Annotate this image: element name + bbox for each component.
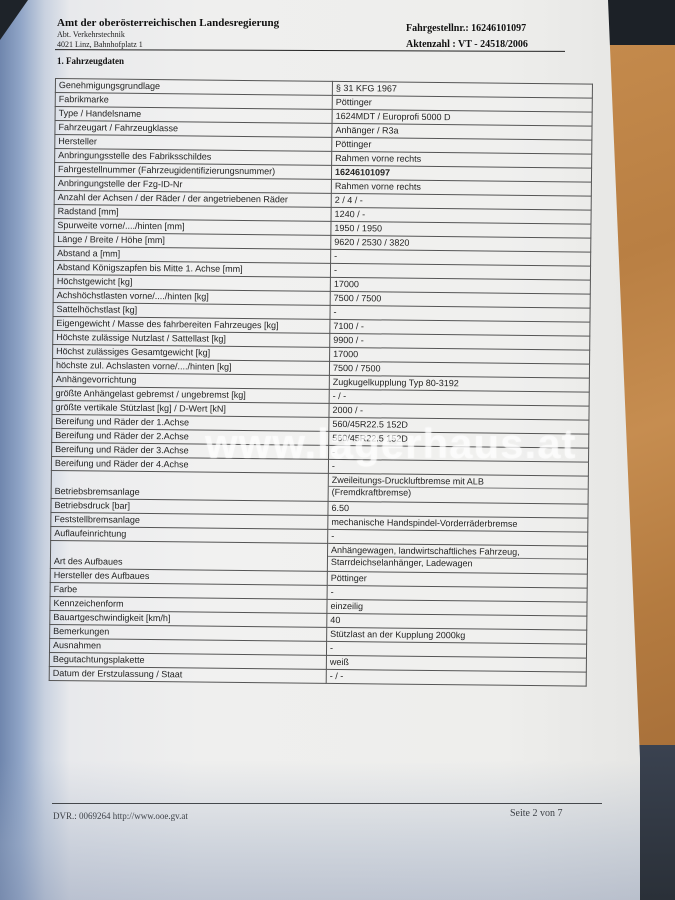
row-value-line: -: [334, 265, 587, 279]
row-value-line: Anhänger / R3a: [335, 125, 588, 139]
footer-dvr: DVR.: 0069264 http://www.ooe.gv.at: [53, 811, 188, 821]
section-title: 1. Fahrzeugdaten: [57, 56, 124, 66]
row-value-line: 7500 / 7500: [334, 293, 587, 307]
row-value-line: mechanische Handspindel-Vorderräderbrems…: [331, 517, 584, 531]
vehicle-data-table: Genehmigungsgrundlage§ 31 KFG 1967Fabrik…: [49, 78, 593, 687]
reference-block: Fahrgestellnr.: 16246101097 Aktenzahl : …: [406, 21, 528, 53]
row-value-line: -: [334, 251, 587, 265]
row-value-line: 9620 / 2530 / 3820: [334, 237, 587, 251]
row-value-line: 560/45R22.5 152D: [332, 419, 585, 433]
row-value-line: 40: [330, 615, 583, 629]
row-value-line: 17000: [333, 349, 586, 363]
row-value-line-2: Starrdeichselanhänger, Ladewagen: [328, 556, 587, 571]
row-value-line: 17000: [334, 279, 587, 293]
row-value-line: Pöttinger: [336, 97, 589, 111]
row-value-line: - / -: [333, 391, 586, 405]
row-value-line: 560/45R22.5 152D: [332, 433, 585, 447]
chassis-number: Fahrgestellnr.: 16246101097: [406, 21, 528, 37]
row-value-line: 1950 / 1950: [334, 223, 587, 237]
row-value-line: 7500 / 7500: [333, 363, 586, 377]
row-value-line: 9900 / -: [333, 335, 586, 349]
row-value-line: 1240 / -: [335, 209, 588, 223]
document-page: Amt der oberösterreichischen Landesregie…: [0, 0, 640, 900]
row-value: Zweileitungs-Druckluftbremse mit ALB(Fre…: [328, 473, 588, 504]
row-value: - / -: [326, 669, 586, 686]
vehicle-data-table-wrap: Genehmigungsgrundlage§ 31 KFG 1967Fabrik…: [49, 78, 595, 687]
row-value-line: -: [330, 643, 583, 657]
row-value-line: -: [332, 447, 585, 461]
row-value-line: -: [331, 587, 584, 601]
row-value-line: -: [331, 531, 584, 545]
page-shadow: [0, 760, 640, 900]
row-value-line: weiß: [330, 657, 583, 671]
row-value: Anhängewagen, landwirtschaftliches Fahrz…: [327, 543, 587, 574]
row-value-line: - / -: [330, 671, 583, 685]
row-value-line: Stützlast an der Kupplung 2000kg: [330, 629, 583, 643]
row-value-line: 7100 / -: [333, 321, 586, 335]
row-value-line: 16246101097: [335, 167, 588, 181]
row-value-line: 2 / 4 / -: [335, 195, 588, 209]
row-value-line: Rahmen vorne rechts: [335, 153, 588, 167]
row-value-line: Zugkugelkupplung Typ 80-3192: [333, 377, 586, 391]
row-value-line: 2000 / -: [332, 405, 585, 419]
footer-divider: [52, 803, 602, 804]
row-value-line: Pöttinger: [331, 573, 584, 587]
row-value-line: 1624MDT / Europrofi 5000 D: [336, 111, 589, 125]
row-value-line: 6.50: [331, 503, 584, 517]
row-label: Betriebsbremsanlage: [51, 470, 328, 501]
page-number: Seite 2 von 7: [510, 808, 563, 819]
background-dark-top: [600, 0, 675, 50]
row-value-line: einzeilig: [330, 601, 583, 615]
row-label: Datum der Erstzulassung / Staat: [49, 666, 326, 683]
row-value-line: Pöttinger: [335, 139, 588, 153]
row-value-line-2: (Fremdkraftbremse): [329, 486, 588, 501]
row-label: Art des Aufbaues: [50, 540, 327, 571]
row-value-line: Rahmen vorne rechts: [335, 181, 588, 195]
row-value-line: § 31 KFG 1967: [336, 83, 589, 97]
row-value-line: -: [332, 461, 585, 475]
row-value-line: -: [334, 307, 587, 321]
